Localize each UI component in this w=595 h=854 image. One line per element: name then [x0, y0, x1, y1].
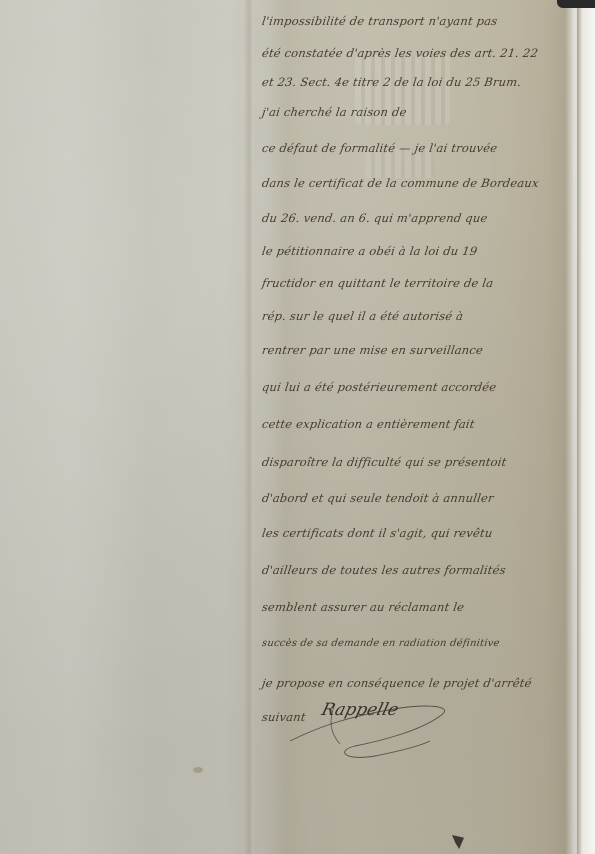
text-line: je propose en conséquence le projet d'ar…: [261, 676, 533, 690]
text-line: les certificats dont il s'agit, qui revê…: [261, 526, 493, 540]
paper-tear: [452, 835, 464, 849]
signature: Rappelle: [320, 700, 401, 720]
text-line: succès de sa demande en radiation défini…: [261, 638, 500, 649]
text-line: et 23. Sect. 4e titre 2 de la loi du 25 …: [261, 75, 522, 89]
text-line: du 26. vend. an 6. qui m'apprend que: [261, 211, 489, 225]
text-line: l'impossibilité de transport n'ayant pas: [261, 14, 498, 28]
text-line: cette explication a entièrement fait: [261, 417, 476, 431]
text-line: d'ailleurs de toutes les autres formalit…: [261, 563, 507, 577]
text-line: fructidor en quittant le territoire de l…: [261, 276, 494, 290]
text-line: qui lui a été postérieurement accordée: [261, 380, 497, 394]
page-edge: [577, 0, 595, 854]
manuscript-page: l'impossibilité de transport n'ayant pas…: [0, 0, 595, 854]
text-line: disparoître la difficulté qui se présent…: [261, 455, 508, 469]
text-line: ce défaut de formalité — je l'ai trouvée: [261, 141, 498, 155]
text-line: d'abord et qui seule tendoit à annuller: [261, 491, 495, 505]
text-line: j'ai cherché la raison de: [261, 105, 408, 119]
text-line: été constatée d'après les voies des art.…: [261, 46, 539, 60]
text-line: dans le certificat de la commune de Bord…: [261, 176, 540, 190]
text-line: semblent assurer au réclamant le: [261, 600, 465, 614]
text-line: le pétitionnaire a obéi à la loi du 19: [261, 244, 478, 258]
binding-shadow: [557, 0, 595, 8]
text-line: rép. sur le quel il a été autorisé à: [261, 309, 464, 323]
text-line: rentrer par une mise en surveillance: [261, 343, 484, 357]
page-fold: [244, 0, 254, 854]
paper-stain: [193, 767, 203, 773]
